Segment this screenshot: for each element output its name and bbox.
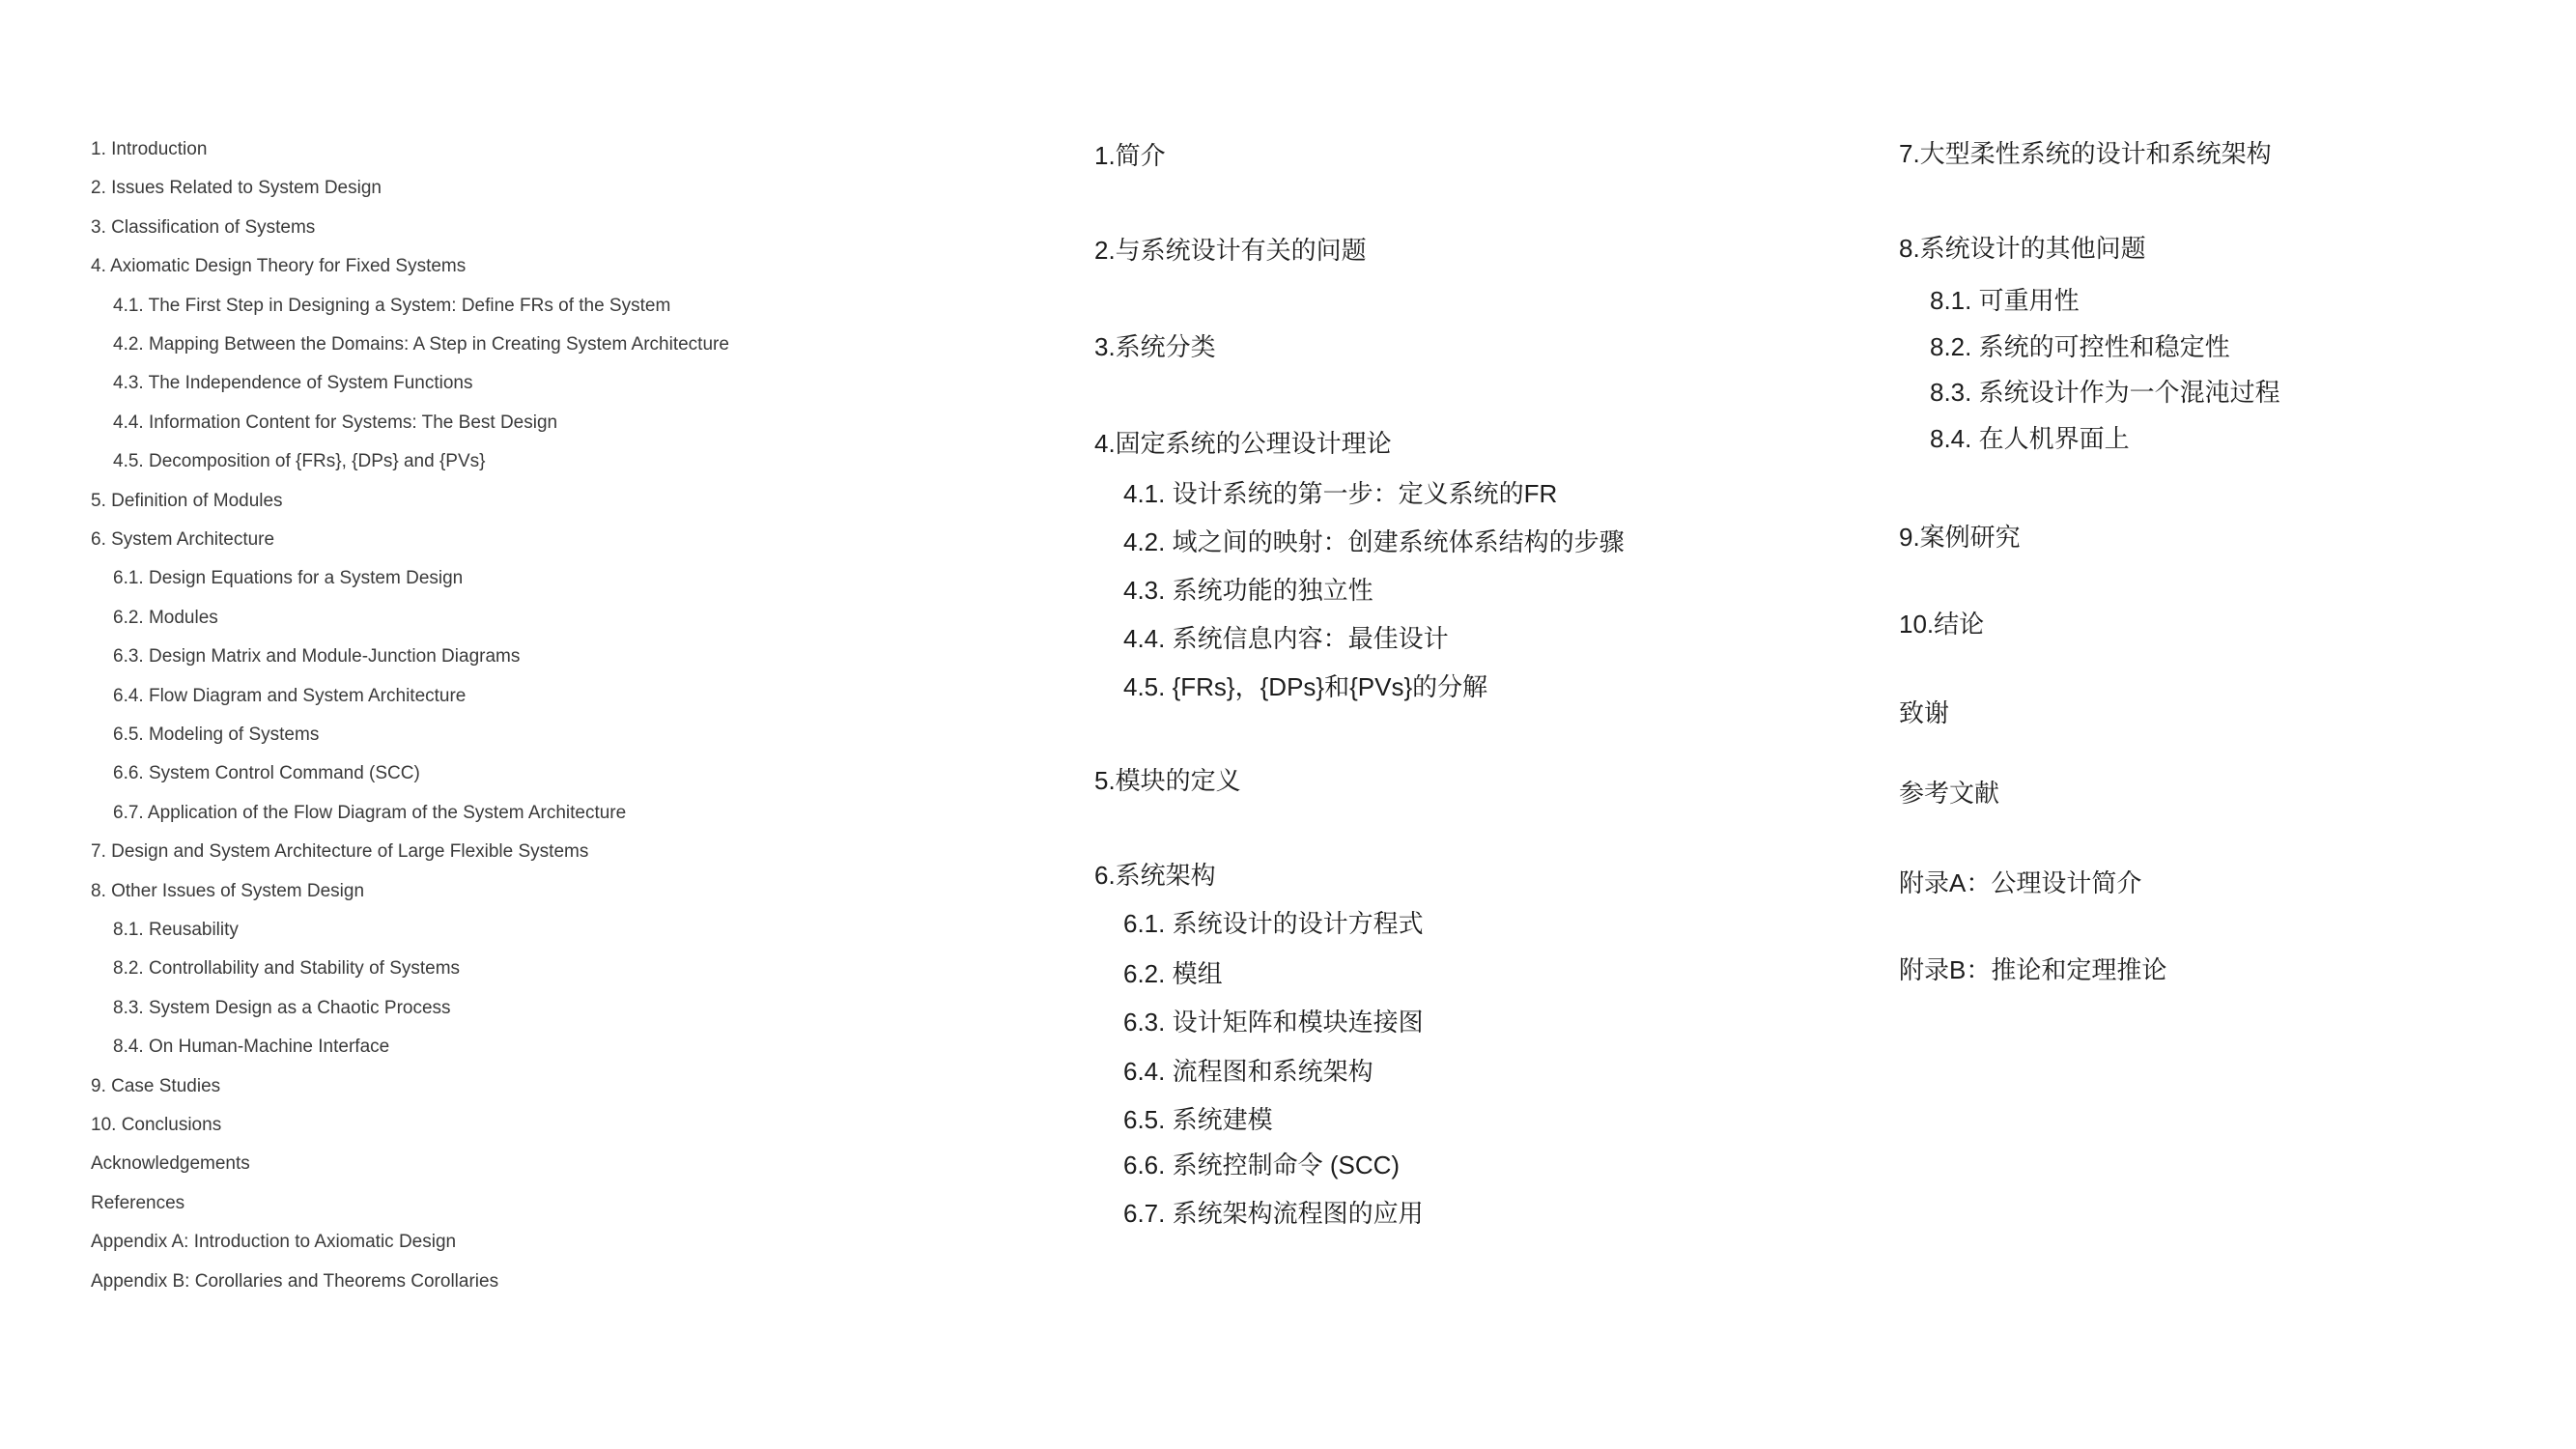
col-chinese-2: 7.大型柔性系统的设计和系统架构8.系统设计的其他问题8.1. 可重用性8.2.…	[0, 0, 2576, 1449]
toc-item: 8.系统设计的其他问题	[1899, 236, 2146, 261]
toc-item: 8.3. 系统设计作为一个混沌过程	[1930, 380, 2280, 405]
toc-item: 7.大型柔性系统的设计和系统架构	[1899, 141, 2272, 166]
toc-item: 附录A：公理设计简介	[1899, 870, 2141, 895]
toc-item: 9.案例研究	[1899, 525, 2021, 550]
toc-item: 8.2. 系统的可控性和稳定性	[1930, 334, 2230, 359]
document-page: 1. Introduction2. Issues Related to Syst…	[0, 0, 2576, 1449]
toc-item: 参考文献	[1899, 781, 1999, 806]
toc-item: 10.结论	[1899, 611, 1984, 637]
toc-item: 附录B：推论和定理推论	[1899, 957, 2166, 982]
toc-item: 致谢	[1899, 700, 1949, 725]
toc-item: 8.4. 在人机界面上	[1930, 426, 2130, 451]
toc-item: 8.1. 可重用性	[1930, 288, 2080, 313]
